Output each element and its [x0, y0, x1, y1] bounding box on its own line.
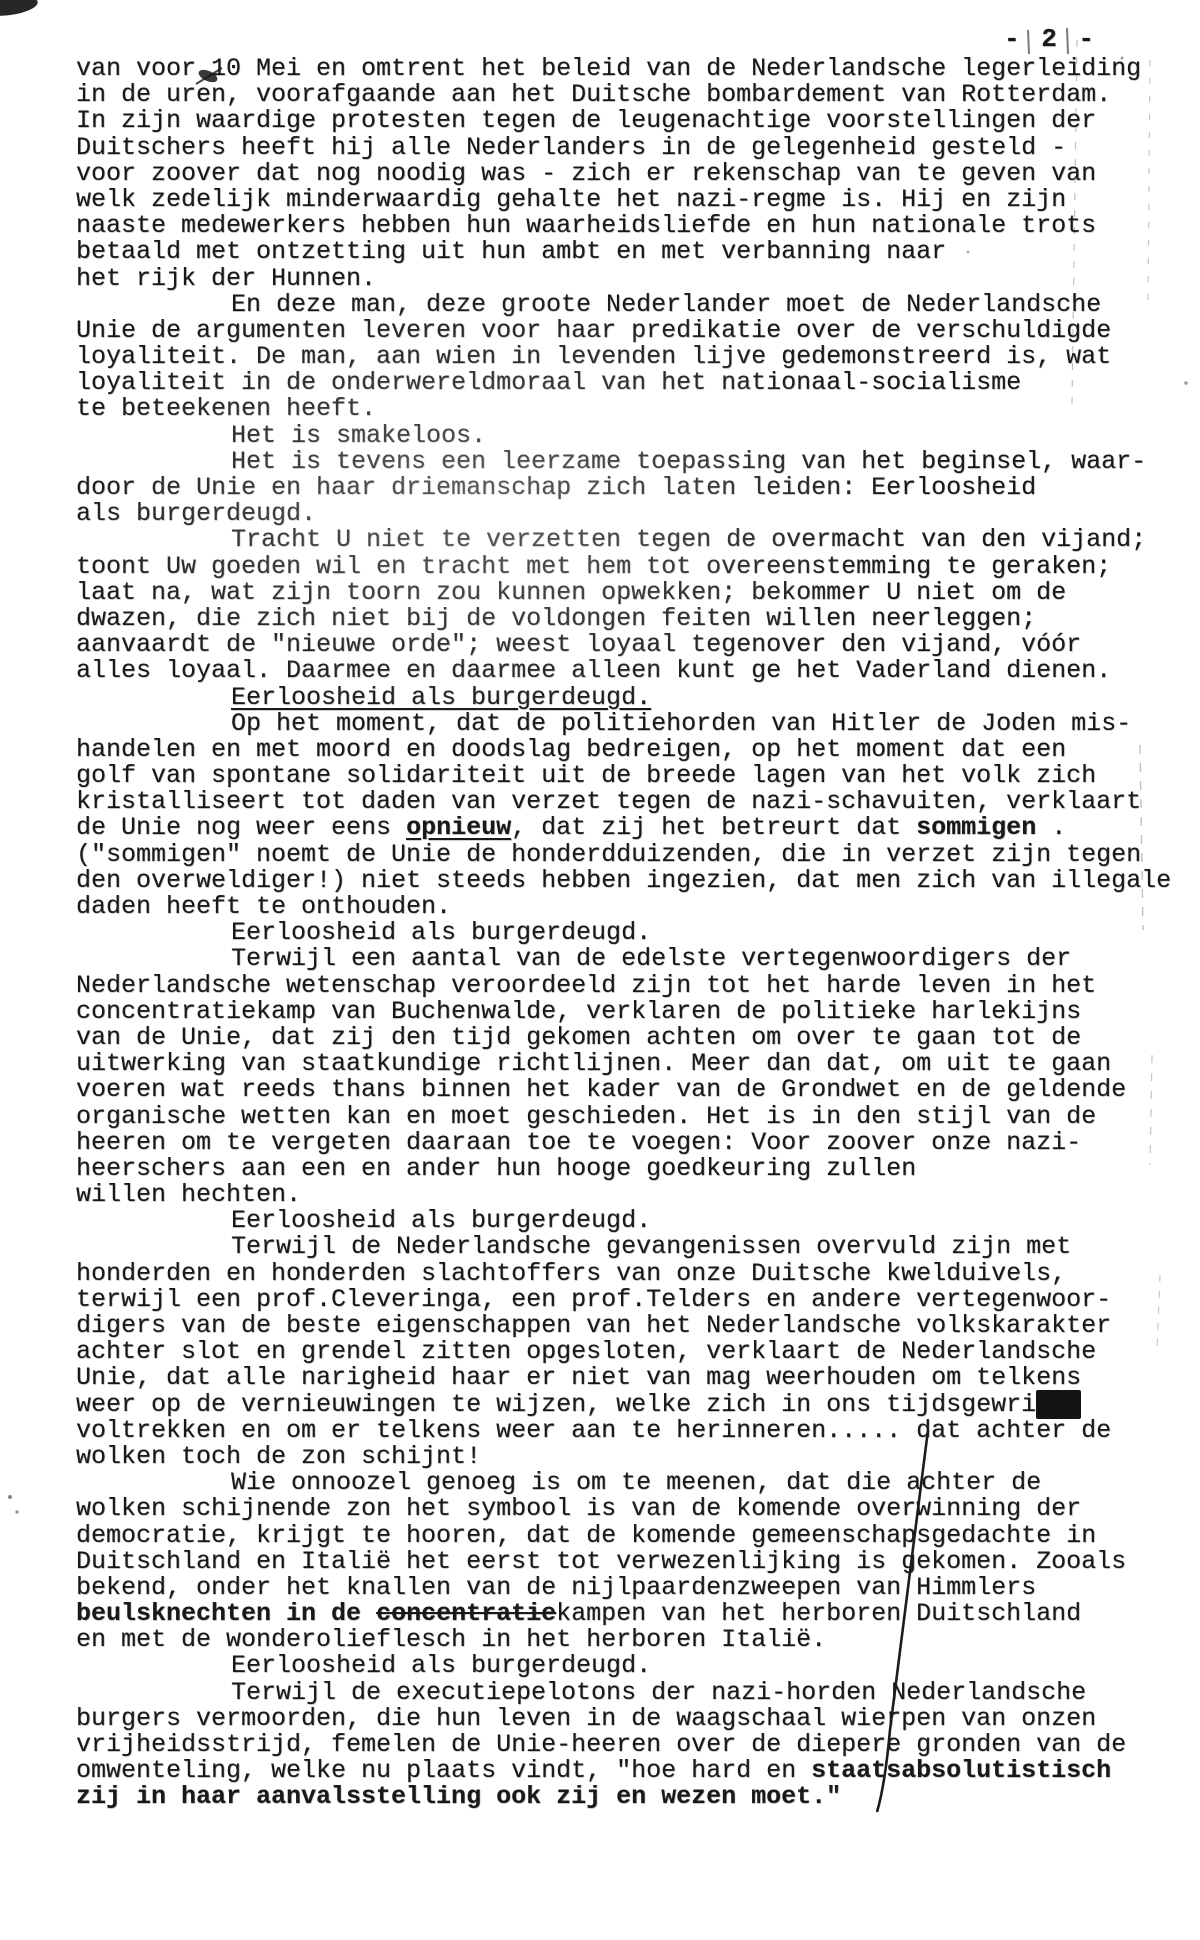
text-line: Eerloosheid als burgerdeugd.: [76, 920, 1171, 946]
text-segment: Terwijl de Nederlandsche gevangenissen o…: [231, 1232, 1071, 1261]
text-segment: Eerloosheid als burgerdeugd.: [231, 683, 651, 712]
text-segment: Unie, dat alle narigheid haar er niet va…: [76, 1363, 1081, 1392]
text-line: voor zoover dat nog noodig was - zich er…: [76, 161, 1171, 187]
text-segment: organische wetten kan en moet geschieden…: [76, 1102, 1096, 1131]
text-line: van de Unie, dat zij den tijd gekomen ac…: [76, 1025, 1171, 1051]
text-segment: Op het moment, dat de politiehorden van …: [231, 709, 1131, 738]
text-line: burgers vermoorden, die hun leven in de …: [76, 1706, 1171, 1732]
text-segment: daden heeft te onthouden.: [76, 892, 451, 921]
text-line: concentratiekamp van Buchenwalde, verkla…: [76, 999, 1171, 1025]
speck: [8, 1495, 12, 1499]
text-segment: weer op de vernieuwingen te wijzen, welk…: [76, 1390, 1036, 1419]
text-segment: loyaliteit. De man, aan wien in levenden…: [76, 342, 1111, 371]
text-line: En deze man, deze groote Nederlander moe…: [76, 292, 1171, 318]
text-segment: wolken schijnende zon het symbool is van…: [76, 1494, 1081, 1523]
text-segment: uitwerking van staatkundige richtlijnen.…: [76, 1049, 1111, 1078]
text-line: organische wetten kan en moet geschieden…: [76, 1104, 1171, 1130]
text-line: Terwijl de Nederlandsche gevangenissen o…: [76, 1234, 1171, 1260]
text-segment: als burgerdeugd.: [76, 499, 316, 528]
text-segment: loyaliteit in de onderwereldmoraal van h…: [76, 368, 1021, 397]
ink-smudge: [0, 0, 39, 19]
text-line: zij in haar aanvalsstelling ook zij en w…: [76, 1784, 1171, 1810]
text-segment: In zijn waardige protesten tegen de leug…: [76, 106, 1096, 135]
page-number: - 2 -: [1004, 24, 1097, 54]
text-segment: omwenteling, welke nu plaats vindt, "hoe…: [76, 1756, 811, 1785]
text-segment: burgers vermoorden, die hun leven in de …: [76, 1704, 1096, 1733]
text-segment: heeren om te vergeten daaraan toe te voe…: [76, 1128, 1081, 1157]
text-segment: dwazen, die zich niet bij de voldongen f…: [76, 604, 1036, 633]
text-line: dwazen, die zich niet bij de voldongen f…: [76, 606, 1171, 632]
text-segment: den overweldiger!) niet steeds hebben in…: [76, 866, 1171, 895]
text-segment: aanvaardt de "nieuwe orde"; weest loyaal…: [76, 630, 1081, 659]
text-segment: Het is tevens een leerzame toepassing va…: [231, 447, 1146, 476]
text-segment: opnieuw: [406, 813, 511, 842]
document-page: - 2 - van voor 10 Mei en omtrent het bel…: [0, 0, 1200, 1940]
text-line: welk zedelijk minderwaardig gehalte het …: [76, 187, 1171, 213]
text-segment: Tracht U niet te verzetten tegen de over…: [231, 525, 1146, 554]
text-line: laat na, wat zijn toorn zou kunnen opwek…: [76, 580, 1171, 606]
text-segment: zij in haar aanvalsstelling ook zij en w…: [76, 1782, 841, 1811]
text-segment: bekend, onder het knallen van de nijlpaa…: [76, 1573, 1036, 1602]
text-segment: wolken toch de zon schijnt!: [76, 1442, 481, 1471]
text-line: Unie, dat alle narigheid haar er niet va…: [76, 1365, 1171, 1391]
text-segment: Nederlandsche wetenschap veroordeeld zij…: [76, 971, 1096, 1000]
text-segment: kampen van het herboren Duitschland: [556, 1599, 1081, 1628]
text-segment: golf van spontane solidariteit uit de br…: [76, 761, 1096, 790]
text-line: Terwijl een aantal van de edelste verteg…: [76, 946, 1171, 972]
text-segment: vrijheidsstrijd, femelen de Unie-heeren …: [76, 1730, 1126, 1759]
text-segment: Duitschers heeft hij alle Nederlanders i…: [76, 133, 1066, 162]
text-segment: voltrekken en om er telkens weer aan te …: [76, 1416, 1111, 1445]
text-segment: laat na, wat zijn toorn zou kunnen opwek…: [76, 578, 1066, 607]
text-segment: Terwijl een aantal van de edelste verteg…: [231, 944, 1071, 973]
text-line: Het is smakeloos.: [76, 423, 1171, 449]
text-line: door de Unie en haar driemanschap zich l…: [76, 475, 1171, 501]
text-line: loyaliteit. De man, aan wien in levenden…: [76, 344, 1171, 370]
text-segment: ("sommigen" noemt de Unie de honderdduiz…: [76, 840, 1141, 869]
text-line: Terwijl de executiepelotons der nazi-hor…: [76, 1680, 1171, 1706]
text-segment: Het is smakeloos.: [231, 421, 486, 450]
text-line: en met de wonderolieflesch in het herbor…: [76, 1627, 1171, 1653]
text-segment: cht: [1036, 1390, 1081, 1419]
text-line: democratie, krijgt te hooren, dat de kom…: [76, 1523, 1171, 1549]
text-segment: Wie onnoozel genoeg is om te meenen, dat…: [231, 1468, 1041, 1497]
text-line: Tracht U niet te verzetten tegen de over…: [76, 527, 1171, 553]
text-segment: beulsknechten in de: [76, 1599, 376, 1628]
text-line: toont Uw goeden wil en tracht met hem to…: [76, 554, 1171, 580]
text-line: ("sommigen" noemt de Unie de honderdduiz…: [76, 842, 1171, 868]
text-line: Duitschland en Italië het eerst tot verw…: [76, 1549, 1171, 1575]
text-line: voeren wat reeds thans binnen het kader …: [76, 1077, 1171, 1103]
text-line: heerschers aan een en ander hun hooge go…: [76, 1156, 1171, 1182]
text-line: wolken schijnende zon het symbool is van…: [76, 1496, 1171, 1522]
text-segment: Eerloosheid als burgerdeugd.: [231, 1651, 651, 1680]
text-segment: Eerloosheid als burgerdeugd.: [231, 1206, 651, 1235]
text-line: als burgerdeugd.: [76, 501, 1171, 527]
text-segment: terwijl een prof.Cleveringa, een prof.Te…: [76, 1285, 1111, 1314]
text-line: golf van spontane solidariteit uit de br…: [76, 763, 1171, 789]
text-line: loyaliteit in de onderwereldmoraal van h…: [76, 370, 1171, 396]
text-segment: concentratie: [376, 1599, 556, 1628]
text-segment: handelen en met moord en doodslag bedrei…: [76, 735, 1066, 764]
text-segment: welk zedelijk minderwaardig gehalte het …: [76, 185, 1066, 214]
text-line: achter slot en grendel zitten opgesloten…: [76, 1339, 1171, 1365]
text-segment: voeren wat reeds thans binnen het kader …: [76, 1075, 1126, 1104]
text-segment: heerschers aan een en ander hun hooge go…: [76, 1154, 916, 1183]
text-line: uitwerking van staatkundige richtlijnen.…: [76, 1051, 1171, 1077]
text-line: van voor 10 Mei en omtrent het beleid va…: [76, 56, 1171, 82]
text-line: betaald met ontzetting uit hun ambt en m…: [76, 239, 1171, 265]
text-segment: achter slot en grendel zitten opgesloten…: [76, 1337, 1096, 1366]
text-line: honderden en honderden slachtoffers van …: [76, 1261, 1171, 1287]
text-line: Nederlandsche wetenschap veroordeeld zij…: [76, 973, 1171, 999]
text-segment: te beteekenen heeft.: [76, 394, 376, 423]
text-segment: en met de wonderolieflesch in het herbor…: [76, 1625, 826, 1654]
text-line: Eerloosheid als burgerdeugd.: [76, 1208, 1171, 1234]
text-line: handelen en met moord en doodslag bedrei…: [76, 737, 1171, 763]
text-segment: het rijk der Hunnen.: [76, 264, 376, 293]
speck: [1184, 381, 1188, 385]
text-segment: in de uren, voorafgaande aan het Duitsch…: [76, 80, 1111, 109]
document-body: van voor 10 Mei en omtrent het beleid va…: [76, 56, 1171, 1811]
text-line: daden heeft te onthouden.: [76, 894, 1171, 920]
text-line: terwijl een prof.Cleveringa, een prof.Te…: [76, 1287, 1171, 1313]
text-line: In zijn waardige protesten tegen de leug…: [76, 108, 1171, 134]
text-line: Eerloosheid als burgerdeugd.: [76, 1653, 1171, 1679]
text-segment: kristalliseert tot daden van verzet tege…: [76, 787, 1141, 816]
text-segment: door de Unie en haar driemanschap zich l…: [76, 473, 1036, 502]
text-line: digers van de beste eigenschappen van he…: [76, 1313, 1171, 1339]
text-segment: de Unie nog weer eens: [76, 813, 406, 842]
text-segment: voor zoover dat nog noodig was - zich er…: [76, 159, 1096, 188]
speck: [15, 1510, 18, 1513]
text-line: omwenteling, welke nu plaats vindt, "hoe…: [76, 1758, 1171, 1784]
text-segment: Unie de argumenten leveren voor haar pre…: [76, 316, 1111, 345]
text-line: beulsknechten in de concentratiekampen v…: [76, 1601, 1171, 1627]
text-segment: alles loyaal. Daarmee en daarmee alleen …: [76, 656, 1111, 685]
text-segment: digers van de beste eigenschappen van he…: [76, 1311, 1111, 1340]
text-line: Duitschers heeft hij alle Nederlanders i…: [76, 135, 1171, 161]
text-line: voltrekken en om er telkens weer aan te …: [76, 1418, 1171, 1444]
text-line: de Unie nog weer eens opnieuw, dat zij h…: [76, 815, 1171, 841]
text-line: wolken toch de zon schijnt!: [76, 1444, 1171, 1470]
text-line: den overweldiger!) niet steeds hebben in…: [76, 868, 1171, 894]
text-segment: staatsabsolutistisch: [811, 1756, 1111, 1785]
text-segment: van voor 10 Mei en omtrent het beleid va…: [76, 54, 1141, 83]
text-segment: van de Unie, dat zij den tijd gekomen ac…: [76, 1023, 1081, 1052]
text-line: te beteekenen heeft.: [76, 396, 1171, 422]
text-segment: concentratiekamp van Buchenwalde, verkla…: [76, 997, 1081, 1026]
text-segment: honderden en honderden slachtoffers van …: [76, 1259, 1066, 1288]
text-segment: democratie, krijgt te hooren, dat de kom…: [76, 1521, 1096, 1550]
text-line: heeren om te vergeten daaraan toe te voe…: [76, 1130, 1171, 1156]
text-segment: naaste medewerkers hebben hun waarheidsl…: [76, 211, 1096, 240]
text-segment: Terwijl de executiepelotons der nazi-hor…: [231, 1678, 1086, 1707]
text-line: Wie onnoozel genoeg is om te meenen, dat…: [76, 1470, 1171, 1496]
text-line: weer op de vernieuwingen te wijzen, welk…: [76, 1392, 1171, 1418]
text-segment: Eerloosheid als burgerdeugd.: [231, 918, 651, 947]
text-line: Unie de argumenten leveren voor haar pre…: [76, 318, 1171, 344]
text-line: aanvaardt de "nieuwe orde"; weest loyaal…: [76, 632, 1171, 658]
text-line: willen hechten.: [76, 1182, 1171, 1208]
text-line: Het is tevens een leerzame toepassing va…: [76, 449, 1171, 475]
text-line: het rijk der Hunnen.: [76, 266, 1171, 292]
text-segment: En deze man, deze groote Nederlander moe…: [231, 290, 1101, 319]
text-segment: Duitschland en Italië het eerst tot verw…: [76, 1547, 1126, 1576]
text-segment: .: [1036, 813, 1066, 842]
text-line: bekend, onder het knallen van de nijlpaa…: [76, 1575, 1171, 1601]
text-line: naaste medewerkers hebben hun waarheidsl…: [76, 213, 1171, 239]
text-segment: betaald met ontzetting uit hun ambt en m…: [76, 237, 946, 266]
text-line: Eerloosheid als burgerdeugd.: [76, 685, 1171, 711]
text-line: Op het moment, dat de politiehorden van …: [76, 711, 1171, 737]
text-segment: , dat zij het betreurt dat: [511, 813, 916, 842]
text-segment: willen hechten.: [76, 1180, 301, 1209]
text-line: vrijheidsstrijd, femelen de Unie-heeren …: [76, 1732, 1171, 1758]
text-segment: toont Uw goeden wil en tracht met hem to…: [76, 552, 1111, 581]
text-line: kristalliseert tot daden van verzet tege…: [76, 789, 1171, 815]
text-line: in de uren, voorafgaande aan het Duitsch…: [76, 82, 1171, 108]
text-segment: sommigen: [916, 813, 1036, 842]
text-line: alles loyaal. Daarmee en daarmee alleen …: [76, 658, 1171, 684]
